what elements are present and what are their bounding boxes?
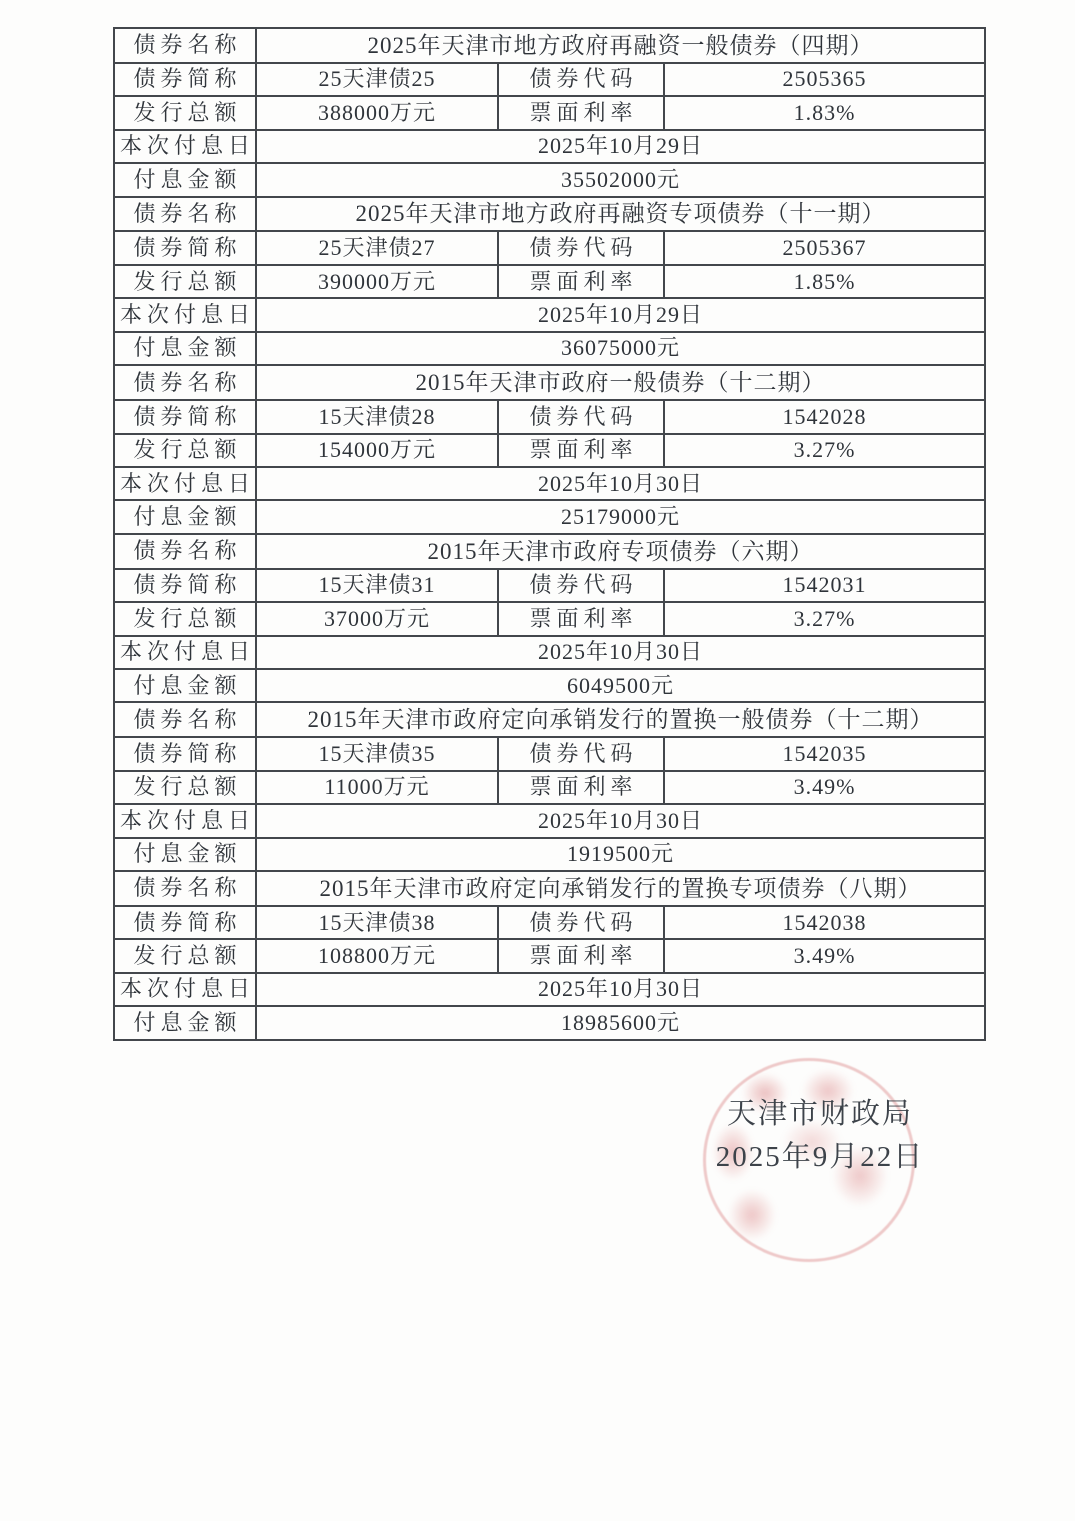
table-row-amount-rate: 发行总额 108800万元 票面利率 3.49% xyxy=(114,939,985,972)
payment-date-value: 2025年10月30日 xyxy=(256,804,985,837)
bond-short-value: 25天津债25 xyxy=(256,63,498,96)
bond-code-value: 2505365 xyxy=(664,63,985,96)
bond-name-label: 债券名称 xyxy=(114,871,256,906)
coupon-rate-value: 3.49% xyxy=(664,771,985,804)
table-row-payment-date: 本次付息日 2025年10月30日 xyxy=(114,804,985,837)
bond-code-value: 1542028 xyxy=(664,400,985,433)
coupon-rate-label: 票面利率 xyxy=(498,434,664,467)
interest-amount-value: 36075000元 xyxy=(256,332,985,365)
bond-code-label: 债券代码 xyxy=(498,231,664,264)
payment-date-label: 本次付息日 xyxy=(114,804,256,837)
interest-amount-label: 付息金额 xyxy=(114,838,256,871)
bond-short-label: 债券简称 xyxy=(114,231,256,264)
bond-name-label: 债券名称 xyxy=(114,197,256,232)
table-row-short-code: 债券简称 25天津债25 债券代码 2505365 xyxy=(114,63,985,96)
interest-amount-value: 25179000元 xyxy=(256,500,985,533)
interest-amount-label: 付息金额 xyxy=(114,332,256,365)
bond-short-value: 15天津债38 xyxy=(256,906,498,939)
interest-amount-value: 1919500元 xyxy=(256,838,985,871)
payment-date-value: 2025年10月29日 xyxy=(256,298,985,331)
table-row-amount-rate: 发行总额 388000万元 票面利率 1.83% xyxy=(114,96,985,129)
bond-table: 债券名称 2025年天津市地方政府再融资一般债券（四期） 债券简称 25天津债2… xyxy=(113,27,986,1041)
bond-name-value: 2015年天津市政府定向承销发行的置换一般债券（十二期） xyxy=(256,702,985,737)
payment-date-value: 2025年10月30日 xyxy=(256,636,985,669)
table-row-amount-rate: 发行总额 11000万元 票面利率 3.49% xyxy=(114,771,985,804)
table-row-bond-name: 债券名称 2025年天津市地方政府再融资一般债券（四期） xyxy=(114,28,985,63)
bond-name-value: 2015年天津市政府定向承销发行的置换专项债券（八期） xyxy=(256,871,985,906)
coupon-rate-label: 票面利率 xyxy=(498,96,664,129)
issue-amount-label: 发行总额 xyxy=(114,602,256,635)
payment-date-label: 本次付息日 xyxy=(114,298,256,331)
bond-code-value: 1542035 xyxy=(664,737,985,770)
table-row-interest-amount: 付息金额 18985600元 xyxy=(114,1006,985,1040)
table-row-payment-date: 本次付息日 2025年10月30日 xyxy=(114,973,985,1006)
table-row-payment-date: 本次付息日 2025年10月29日 xyxy=(114,130,985,163)
issue-amount-label: 发行总额 xyxy=(114,96,256,129)
bond-name-value: 2015年天津市政府一般债券（十二期） xyxy=(256,365,985,400)
payment-date-value: 2025年10月29日 xyxy=(256,130,985,163)
bond-code-value: 1542031 xyxy=(664,569,985,602)
table-row-amount-rate: 发行总额 154000万元 票面利率 3.27% xyxy=(114,434,985,467)
bond-short-label: 债券简称 xyxy=(114,906,256,939)
table-row-amount-rate: 发行总额 390000万元 票面利率 1.85% xyxy=(114,265,985,298)
bond-name-label: 债券名称 xyxy=(114,28,256,63)
coupon-rate-value: 3.27% xyxy=(664,434,985,467)
interest-amount-label: 付息金额 xyxy=(114,669,256,702)
table-row-payment-date: 本次付息日 2025年10月30日 xyxy=(114,467,985,500)
table-row-interest-amount: 付息金额 36075000元 xyxy=(114,332,985,365)
bond-short-value: 15天津债28 xyxy=(256,400,498,433)
issue-amount-label: 发行总额 xyxy=(114,265,256,298)
interest-amount-label: 付息金额 xyxy=(114,163,256,196)
table-row-short-code: 债券简称 15天津债31 债券代码 1542031 xyxy=(114,569,985,602)
bond-code-label: 债券代码 xyxy=(498,400,664,433)
payment-date-label: 本次付息日 xyxy=(114,636,256,669)
interest-amount-value: 35502000元 xyxy=(256,163,985,196)
payment-date-label: 本次付息日 xyxy=(114,973,256,1006)
bond-short-label: 债券简称 xyxy=(114,737,256,770)
signature-block: 天津市财政局 2025年9月22日 xyxy=(688,1093,952,1179)
coupon-rate-label: 票面利率 xyxy=(498,939,664,972)
coupon-rate-value: 1.83% xyxy=(664,96,985,129)
table-row-amount-rate: 发行总额 37000万元 票面利率 3.27% xyxy=(114,602,985,635)
bond-code-value: 1542038 xyxy=(664,906,985,939)
issue-amount-label: 发行总额 xyxy=(114,434,256,467)
document-page: 债券名称 2025年天津市地方政府再融资一般债券（四期） 债券简称 25天津债2… xyxy=(0,0,1075,1521)
interest-amount-value: 18985600元 xyxy=(256,1006,985,1040)
table-row-bond-name: 债券名称 2015年天津市政府一般债券（十二期） xyxy=(114,365,985,400)
coupon-rate-label: 票面利率 xyxy=(498,265,664,298)
table-row-bond-name: 债券名称 2025年天津市地方政府再融资专项债券（十一期） xyxy=(114,197,985,232)
bond-code-label: 债券代码 xyxy=(498,906,664,939)
bond-code-label: 债券代码 xyxy=(498,569,664,602)
coupon-rate-label: 票面利率 xyxy=(498,602,664,635)
coupon-rate-value: 1.85% xyxy=(664,265,985,298)
issue-amount-value: 11000万元 xyxy=(256,771,498,804)
interest-amount-label: 付息金额 xyxy=(114,500,256,533)
table-row-payment-date: 本次付息日 2025年10月30日 xyxy=(114,636,985,669)
bond-short-label: 债券简称 xyxy=(114,63,256,96)
coupon-rate-value: 3.27% xyxy=(664,602,985,635)
payment-date-label: 本次付息日 xyxy=(114,130,256,163)
signature-date: 2025年9月22日 xyxy=(688,1136,952,1179)
bond-short-value: 15天津债35 xyxy=(256,737,498,770)
table-row-interest-amount: 付息金额 1919500元 xyxy=(114,838,985,871)
coupon-rate-value: 3.49% xyxy=(664,939,985,972)
interest-amount-label: 付息金额 xyxy=(114,1006,256,1040)
bond-name-value: 2025年天津市地方政府再融资专项债券（十一期） xyxy=(256,197,985,232)
bond-code-label: 债券代码 xyxy=(498,63,664,96)
issue-amount-label: 发行总额 xyxy=(114,939,256,972)
bond-name-value: 2015年天津市政府专项债券（六期） xyxy=(256,534,985,569)
issue-amount-value: 108800万元 xyxy=(256,939,498,972)
issuer-name: 天津市财政局 xyxy=(688,1093,952,1136)
table-row-bond-name: 债券名称 2015年天津市政府定向承销发行的置换专项债券（八期） xyxy=(114,871,985,906)
bond-short-value: 15天津债31 xyxy=(256,569,498,602)
issue-amount-value: 37000万元 xyxy=(256,602,498,635)
table-row-interest-amount: 付息金额 35502000元 xyxy=(114,163,985,196)
bond-name-label: 债券名称 xyxy=(114,702,256,737)
bond-code-value: 2505367 xyxy=(664,231,985,264)
table-row-short-code: 债券简称 25天津债27 债券代码 2505367 xyxy=(114,231,985,264)
issue-amount-value: 388000万元 xyxy=(256,96,498,129)
table-row-short-code: 债券简称 15天津债28 债券代码 1542028 xyxy=(114,400,985,433)
coupon-rate-label: 票面利率 xyxy=(498,771,664,804)
bond-name-value: 2025年天津市地方政府再融资一般债券（四期） xyxy=(256,28,985,63)
bond-short-label: 债券简称 xyxy=(114,400,256,433)
payment-date-label: 本次付息日 xyxy=(114,467,256,500)
issue-amount-label: 发行总额 xyxy=(114,771,256,804)
interest-amount-value: 6049500元 xyxy=(256,669,985,702)
payment-date-value: 2025年10月30日 xyxy=(256,973,985,1006)
seal-smudge xyxy=(728,1189,776,1241)
table-row-short-code: 债券简称 15天津债35 债券代码 1542035 xyxy=(114,737,985,770)
table-row-bond-name: 债券名称 2015年天津市政府专项债券（六期） xyxy=(114,534,985,569)
table-row-payment-date: 本次付息日 2025年10月29日 xyxy=(114,298,985,331)
bond-short-label: 债券简称 xyxy=(114,569,256,602)
table-row-interest-amount: 付息金额 6049500元 xyxy=(114,669,985,702)
table-row-bond-name: 债券名称 2015年天津市政府定向承销发行的置换一般债券（十二期） xyxy=(114,702,985,737)
table-row-interest-amount: 付息金额 25179000元 xyxy=(114,500,985,533)
issue-amount-value: 390000万元 xyxy=(256,265,498,298)
bond-name-label: 债券名称 xyxy=(114,534,256,569)
issue-amount-value: 154000万元 xyxy=(256,434,498,467)
bond-table-body: 债券名称 2025年天津市地方政府再融资一般债券（四期） 债券简称 25天津债2… xyxy=(114,28,985,1040)
payment-date-value: 2025年10月30日 xyxy=(256,467,985,500)
bond-name-label: 债券名称 xyxy=(114,365,256,400)
bond-code-label: 债券代码 xyxy=(498,737,664,770)
bond-short-value: 25天津债27 xyxy=(256,231,498,264)
table-row-short-code: 债券简称 15天津债38 债券代码 1542038 xyxy=(114,906,985,939)
